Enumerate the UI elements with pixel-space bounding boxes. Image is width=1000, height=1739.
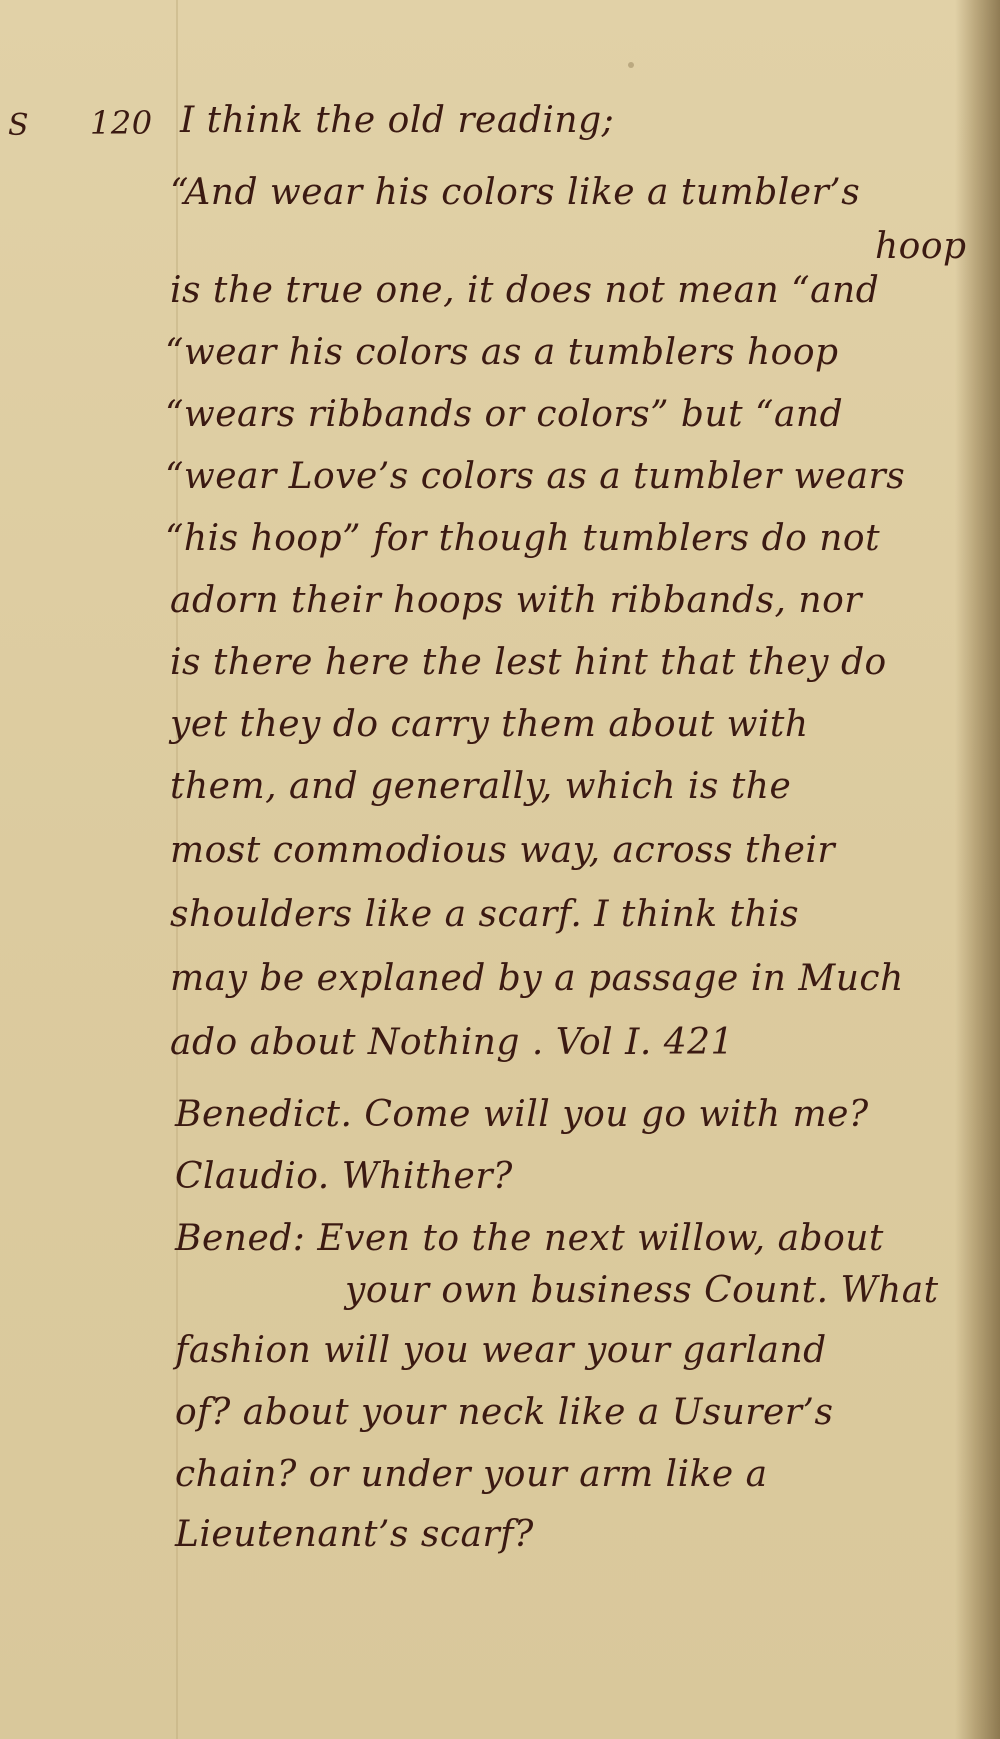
text-line-24: Lieutenant’s scarf? (175, 1514, 534, 1555)
dialogue-benedict: Benedict. Come will you go with me? (175, 1094, 869, 1135)
text-line-3: hoop (875, 226, 967, 267)
note-number: 120 (90, 104, 153, 142)
paper-speck (628, 62, 634, 68)
text-line-14: shoulders like a scarf. I think this (170, 894, 799, 935)
text-line-5: “wear his colors as a tumblers hoop (165, 332, 839, 373)
text-line-21: fashion will you wear your garland (175, 1330, 827, 1371)
text-line-7: “wear Love’s colors as a tumbler wears (165, 456, 905, 497)
text-line-6: “wears ribbands or colors” but “and (165, 394, 843, 435)
dialogue-claudio: Claudio. Whither? (175, 1156, 513, 1197)
text-line-11: yet they do carry them about with (170, 704, 809, 745)
text-line-9: adorn their hoops with ribbands, nor (170, 580, 862, 621)
text-line-10: is there here the lest hint that they do (170, 642, 887, 683)
section-marker: S (8, 108, 29, 143)
text-line-2: “And wear his colors like a tumbler’s (170, 172, 860, 213)
text-line-15: may be explaned by a passage in Much (170, 958, 904, 999)
text-line-13: most commodious way, across their (170, 830, 835, 871)
text-line-4: is the true one, it does not mean “and (170, 270, 879, 311)
manuscript-page: S 120 I think the old reading; “And wear… (0, 0, 1000, 1739)
dialogue-bened: Bened: Even to the next willow, about (175, 1218, 884, 1259)
text-line-23: chain? or under your arm like a (175, 1454, 768, 1495)
text-line-1: I think the old reading; (180, 100, 614, 141)
dialogue-bened-cont: your own business Count. What (345, 1270, 939, 1311)
text-line-16: ado about Nothing . Vol I. 421 (170, 1022, 734, 1063)
text-line-22: of? about your neck like a Usurer’s (175, 1392, 833, 1433)
text-line-8: “his hoop” for though tumblers do not (165, 518, 880, 559)
text-line-12: them, and generally, which is the (170, 766, 791, 807)
